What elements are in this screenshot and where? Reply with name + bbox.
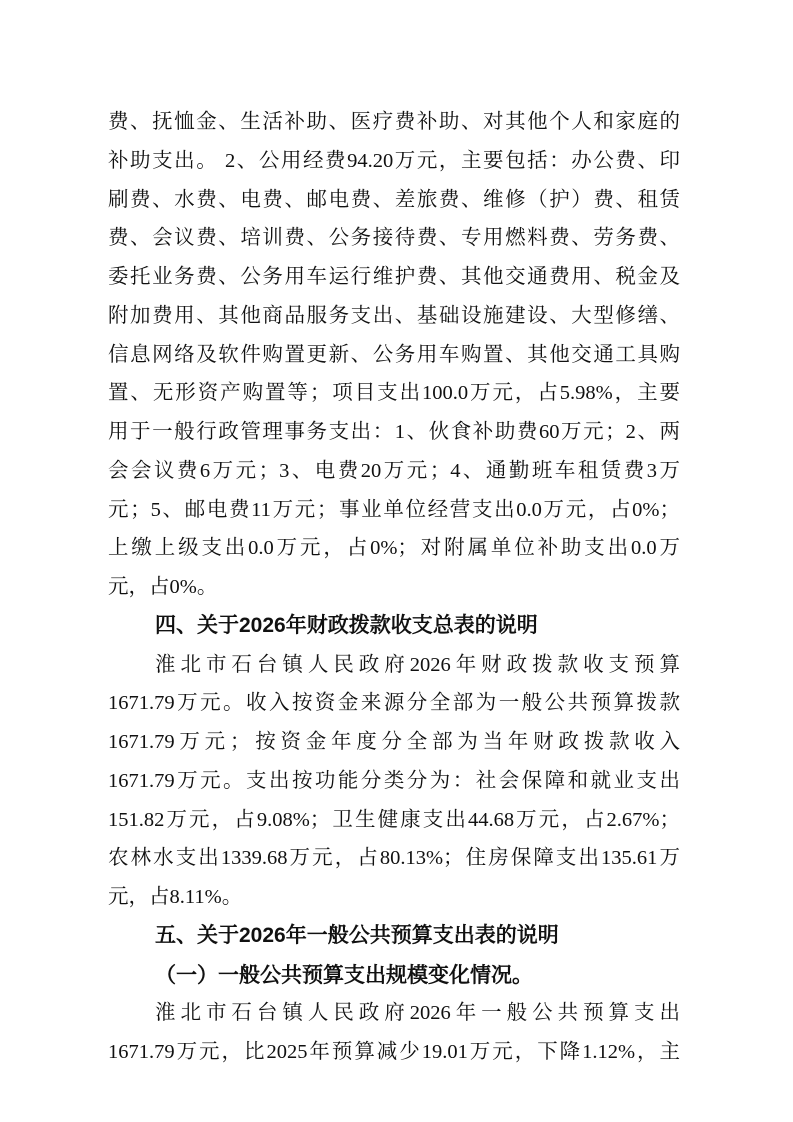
text-line: 附加费用、其他商品服务支出、基础设施建设、大型修缮、 (108, 297, 680, 336)
text-line: 1671.79万元，比2025年预算减少19.01万元，下降1.12%，主 (108, 1033, 680, 1072)
text-line: 元，占0%。 (108, 568, 680, 607)
text-line: 置、无形资产购置等；项目支出100.0万元，占5.98%，主要 (108, 374, 680, 413)
text-line: 上缴上级支出0.0万元，占0%；对附属单位补助支出0.0万 (108, 529, 680, 568)
text-line: 用于一般行政管理事务支出：1、伙食补助费60万元；2、两 (108, 413, 680, 452)
text-line: 费、会议费、培训费、公务接待费、专用燃料费、劳务费、 (108, 219, 680, 258)
text-line: 元；5、邮电费11万元；事业单位经营支出0.0万元，占0%； (108, 491, 680, 530)
text-line: 费、抚恤金、生活补助、医疗费补助、对其他个人和家庭的 (108, 103, 680, 142)
section-heading: 四、关于2026年财政拨款收支总表的说明 (108, 607, 680, 646)
text-line: 淮北市石台镇人民政府2026年一般公共预算支出 (108, 994, 680, 1033)
text-line: 补助支出。 2、公用经费94.20万元，主要包括：办公费、印 (108, 142, 680, 181)
text-line: 淮北市石台镇人民政府2026年财政拨款收支预算 (108, 646, 680, 685)
text-block: 费、抚恤金、生活补助、医疗费补助、对其他个人和家庭的 补助支出。 2、公用经费9… (108, 103, 680, 1072)
text-line: 委托业务费、公务用车运行维护费、其他交通费用、税金及 (108, 258, 680, 297)
document-page: 费、抚恤金、生活补助、医疗费补助、对其他个人和家庭的 补助支出。 2、公用经费9… (0, 0, 793, 1122)
text-line: 农林水支出1339.68万元，占80.13%；住房保障支出135.61万 (108, 839, 680, 878)
text-line: 会会议费6万元；3、电费20万元；4、通勤班车租赁费3万 (108, 452, 680, 491)
text-line: 1671.79万元；按资金年度分全部为当年财政拨款收入 (108, 723, 680, 762)
text-line: 1671.79万元。支出按功能分类分为：社会保障和就业支出 (108, 762, 680, 801)
text-line: 信息网络及软件购置更新、公务用车购置、其他交通工具购 (108, 336, 680, 375)
section-heading: 五、关于2026年一般公共预算支出表的说明 (108, 917, 680, 956)
subsection-heading: （一）一般公共预算支出规模变化情况。 (108, 956, 680, 995)
text-line: 151.82万元，占9.08%；卫生健康支出44.68万元，占2.67%； (108, 801, 680, 840)
text-line: 元，占8.11%。 (108, 878, 680, 917)
text-line: 刷费、水费、电费、邮电费、差旅费、维修（护）费、租赁 (108, 181, 680, 220)
text-line: 1671.79万元。收入按资金来源分全部为一般公共预算拨款 (108, 684, 680, 723)
